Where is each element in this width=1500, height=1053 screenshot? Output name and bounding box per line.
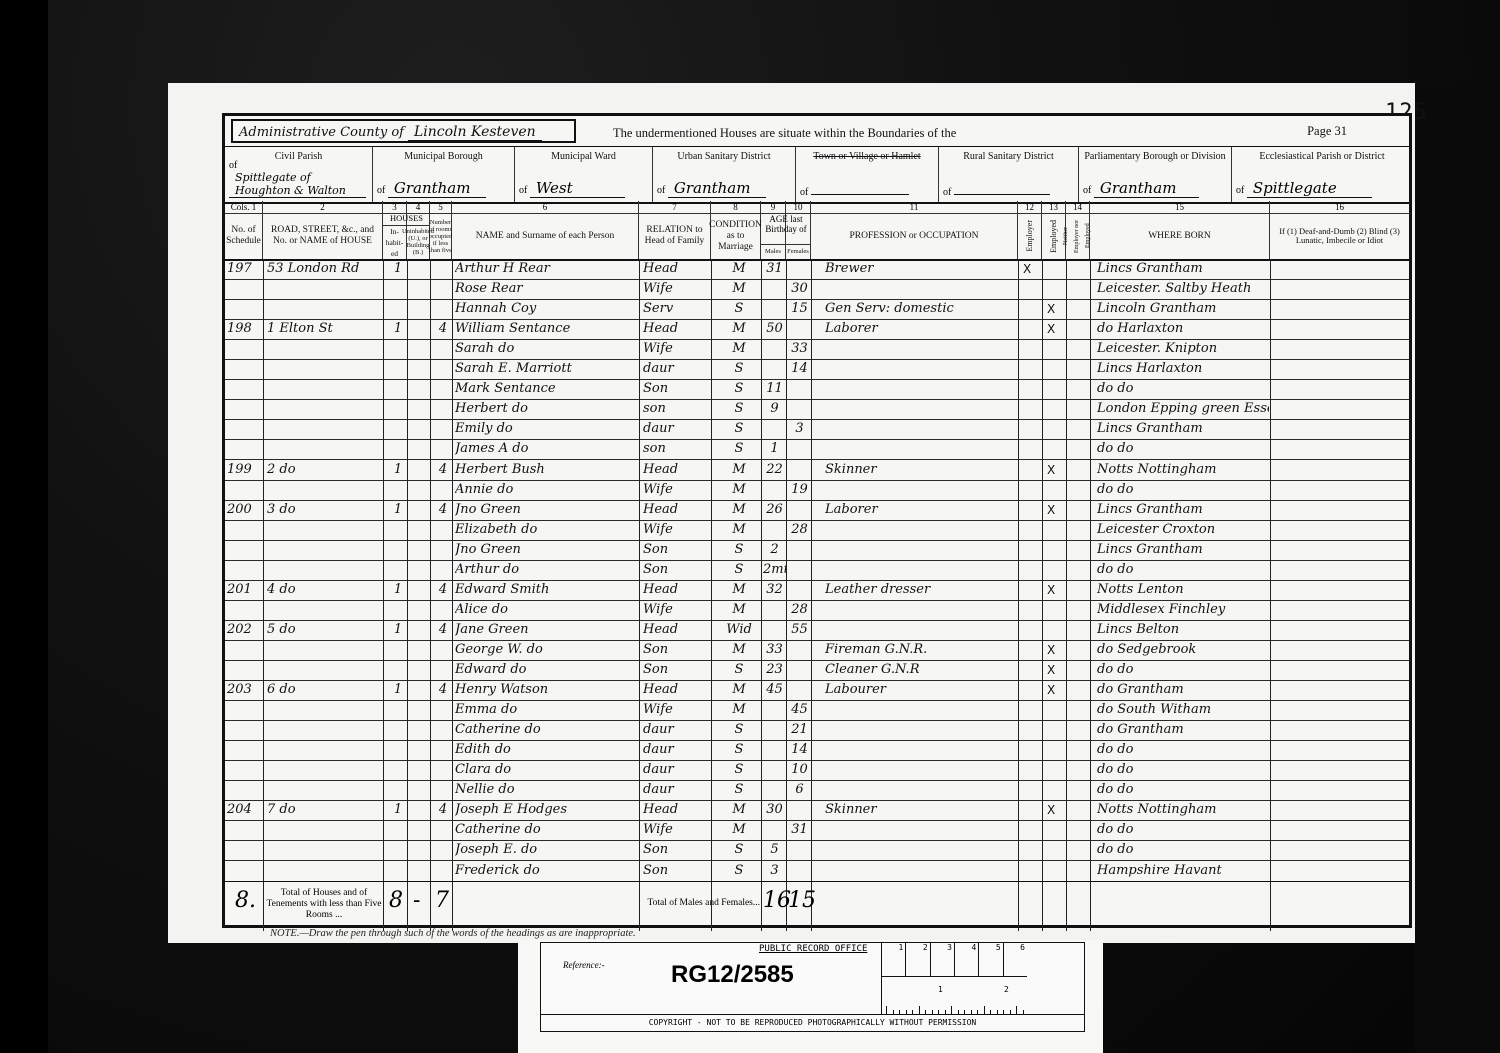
cell-schedule: 203: [227, 680, 263, 700]
cell-relation: Son: [643, 540, 709, 560]
cell-born: Notts Nottingham: [1097, 460, 1269, 480]
cell-female-age: 30: [788, 279, 811, 299]
cell-neither: [1071, 740, 1089, 760]
cell-condition: S: [719, 740, 759, 760]
cell-condition: S: [719, 861, 759, 881]
cell-employed: [1047, 560, 1065, 580]
table-row: George W. doSonM33Fireman G.N.R.Xdo Sedg…: [225, 640, 1409, 661]
cell-employer: [1023, 560, 1041, 580]
cell-employer: [1023, 760, 1041, 780]
cell-employed: [1047, 279, 1065, 299]
cell-female-age: [788, 861, 811, 881]
cell-employer: [1023, 399, 1041, 419]
cell-employer: [1023, 861, 1041, 881]
cell-relation: Head: [643, 460, 709, 480]
cell-condition: S: [719, 359, 759, 379]
cell-schedule: [227, 359, 263, 379]
cell-occupation: Skinner: [825, 460, 1015, 480]
cell-name: Edith do: [455, 740, 637, 760]
cell-address: 53 London Rd: [267, 259, 381, 279]
cell-male-age: 1: [763, 439, 786, 459]
cell-inhabited: [391, 520, 405, 540]
cell-address: [267, 480, 381, 500]
cell-name: Jane Green: [455, 620, 637, 640]
cell-female-age: [788, 540, 811, 560]
col-relation-header: 7RELATION to Head of Family: [639, 201, 711, 259]
cell-name: Elizabeth do: [455, 520, 637, 540]
cell-female-age: [788, 680, 811, 700]
cell-employer: [1023, 720, 1041, 740]
cell-employer: [1023, 439, 1041, 459]
cell-employer: [1023, 620, 1041, 640]
cell-employed: X: [1047, 500, 1065, 520]
cell-male-age: [763, 339, 786, 359]
cell-neither: [1071, 339, 1089, 359]
cell-employer: [1023, 540, 1041, 560]
district-town-village: Town or Village or Hamlet of: [796, 147, 939, 202]
cell-male-age: [763, 480, 786, 500]
cell-schedule: [227, 640, 263, 660]
cell-born: do Grantham: [1097, 680, 1269, 700]
cell-neither: [1071, 399, 1089, 419]
cell-employer: [1023, 740, 1041, 760]
table-row: Rose RearWifeM30Leicester. Saltby Heath: [225, 279, 1409, 300]
cell-male-age: [763, 359, 786, 379]
cell-schedule: [227, 560, 263, 580]
cell-name: Emma do: [455, 700, 637, 720]
cell-neither: [1071, 560, 1089, 580]
scan-edge-right: [1415, 83, 1500, 1053]
total-schedules: 8.: [235, 888, 256, 913]
cell-male-age: [763, 600, 786, 620]
cell-inhabited: [391, 359, 405, 379]
cell-address: [267, 520, 381, 540]
col-where-born-header: 15WHERE BORN: [1090, 201, 1270, 259]
cell-female-age: [788, 640, 811, 660]
cell-address: 7 do: [267, 800, 381, 820]
col-uninhabited-header: 4Uninhabited (U.), or Building (B.): [407, 201, 430, 259]
cell-inhabited: [391, 379, 405, 399]
cell-neither: [1071, 700, 1089, 720]
cell-female-age: 14: [788, 740, 811, 760]
cell-schedule: [227, 379, 263, 399]
cell-neither: [1071, 439, 1089, 459]
cell-male-age: 45: [763, 680, 786, 700]
cell-employer: [1023, 319, 1041, 339]
cell-address: [267, 399, 381, 419]
cell-female-age: 15: [788, 299, 811, 319]
cell-male-age: [763, 419, 786, 439]
scan-edge-left: [0, 0, 48, 1053]
cell-relation: Son: [643, 660, 709, 680]
cell-born: London Epping green Essex: [1097, 399, 1269, 419]
cell-employer: [1023, 820, 1041, 840]
cell-born: do do: [1097, 760, 1269, 780]
cell-rooms: [435, 780, 451, 800]
cell-rooms: [435, 419, 451, 439]
cell-occupation: [825, 740, 1015, 760]
cell-employer: [1023, 500, 1041, 520]
cell-neither: [1071, 480, 1089, 500]
cell-male-age: 33: [763, 640, 786, 660]
table-row: Elizabeth doWifeM28Leicester Croxton: [225, 520, 1409, 541]
cell-occupation: [825, 379, 1015, 399]
cell-rooms: [435, 760, 451, 780]
cell-female-age: 45: [788, 700, 811, 720]
cell-address: 3 do: [267, 500, 381, 520]
cell-name: Clara do: [455, 760, 637, 780]
cell-female-age: 10: [788, 760, 811, 780]
cell-employed: [1047, 720, 1065, 740]
table-row: Sarah E. MarriottdaurS14Lincs Harlaxton: [225, 359, 1409, 380]
cell-relation: Wife: [643, 820, 709, 840]
cell-occupation: [825, 720, 1015, 740]
cell-schedule: [227, 660, 263, 680]
cell-condition: S: [719, 379, 759, 399]
cell-employed: [1047, 379, 1065, 399]
cell-condition: M: [719, 800, 759, 820]
cell-schedule: 202: [227, 620, 263, 640]
cell-employer: [1023, 520, 1041, 540]
table-header: Cols. 1No. of Schedule 2ROAD, STREET, &c…: [225, 201, 1409, 261]
cell-rooms: [435, 560, 451, 580]
cell-condition: M: [719, 640, 759, 660]
cell-schedule: [227, 399, 263, 419]
total-rooms: 7: [435, 888, 449, 913]
cell-schedule: [227, 419, 263, 439]
cell-address: [267, 820, 381, 840]
cell-condition: S: [719, 760, 759, 780]
district-row: Civil Parish of Spittlegate of Houghton …: [225, 146, 1409, 204]
cell-address: [267, 279, 381, 299]
cell-name: Frederick do: [455, 861, 637, 881]
cell-inhabited: 1: [391, 319, 405, 339]
cell-relation: Head: [643, 319, 709, 339]
cell-born: do do: [1097, 780, 1269, 800]
cell-name: Arthur H Rear: [455, 259, 637, 279]
cell-employer: [1023, 800, 1041, 820]
cell-female-age: 33: [788, 339, 811, 359]
cell-female-age: 31: [788, 820, 811, 840]
district-parliamentary: Parliamentary Borough or Division of Gra…: [1079, 147, 1232, 202]
cell-schedule: 197: [227, 259, 263, 279]
cell-condition: S: [719, 780, 759, 800]
cell-born: Lincs Grantham: [1097, 259, 1269, 279]
cell-born: do do: [1097, 740, 1269, 760]
cell-occupation: [825, 700, 1015, 720]
cell-rooms: [435, 359, 451, 379]
cell-employer: [1023, 480, 1041, 500]
age-group-label: AGE last Birthday of: [761, 214, 811, 245]
archive-label: PUBLIC RECORD OFFICE Reference:- RG12/25…: [540, 942, 1085, 1032]
cell-rooms: [435, 540, 451, 560]
cell-name: Emily do: [455, 419, 637, 439]
cell-neither: [1071, 419, 1089, 439]
cell-name: Nellie do: [455, 780, 637, 800]
page-label: Page 31: [1307, 124, 1347, 139]
cell-address: [267, 439, 381, 459]
cell-address: [267, 560, 381, 580]
cell-name: William Sentance: [455, 319, 637, 339]
cell-name: Joseph E Hodges: [455, 800, 637, 820]
cell-relation: daur: [643, 359, 709, 379]
cell-employed: [1047, 820, 1065, 840]
boundaries-text: The undermentioned Houses are situate wi…: [613, 126, 956, 141]
cell-neither: [1071, 299, 1089, 319]
cell-inhabited: [391, 861, 405, 881]
cell-name: George W. do: [455, 640, 637, 660]
total-uninhabited: -: [413, 888, 420, 913]
cell-male-age: [763, 740, 786, 760]
cell-neither: [1071, 800, 1089, 820]
cell-inhabited: [391, 399, 405, 419]
table-row: 2025 do14Jane GreenHeadWid55Lincs Belton: [225, 620, 1409, 641]
cell-inhabited: [391, 840, 405, 860]
cell-occupation: [825, 600, 1015, 620]
cell-address: [267, 540, 381, 560]
cell-born: Lincs Belton: [1097, 620, 1269, 640]
cell-neither: [1071, 319, 1089, 339]
cell-born: Lincs Grantham: [1097, 540, 1269, 560]
col-infirmity-header: 16If (1) Deaf-and-Dumb (2) Blind (3) Lun…: [1270, 201, 1409, 259]
table-row: Clara dodaurS10do do: [225, 760, 1409, 781]
cell-employer: [1023, 419, 1041, 439]
cell-female-age: [788, 560, 811, 580]
cell-address: 4 do: [267, 580, 381, 600]
cell-rooms: 4: [435, 680, 451, 700]
reference-label: Reference:-: [563, 960, 605, 970]
cell-rooms: [435, 279, 451, 299]
table-row: James A dosonS1do do: [225, 439, 1409, 460]
cell-born: Lincs Grantham: [1097, 419, 1269, 439]
cell-rooms: 4: [435, 800, 451, 820]
cell-relation: Son: [643, 640, 709, 660]
cell-employed: [1047, 339, 1065, 359]
cell-condition: M: [719, 820, 759, 840]
cell-condition: S: [719, 399, 759, 419]
cell-condition: S: [719, 560, 759, 580]
cell-name: Sarah do: [455, 339, 637, 359]
cell-occupation: [825, 339, 1015, 359]
cell-occupation: [825, 279, 1015, 299]
cell-neither: [1071, 820, 1089, 840]
cell-rooms: [435, 299, 451, 319]
cell-born: Notts Lenton: [1097, 580, 1269, 600]
cell-employer: [1023, 640, 1041, 660]
table-row: Arthur doSonS2mthsdo do: [225, 560, 1409, 581]
total-inhabited: 8: [389, 888, 403, 913]
cell-female-age: 55: [788, 620, 811, 640]
cell-address: [267, 840, 381, 860]
cell-born: do Grantham: [1097, 720, 1269, 740]
cell-occupation: [825, 560, 1015, 580]
cell-rooms: 4: [435, 460, 451, 480]
cell-neither: [1071, 840, 1089, 860]
col-schedule-header: Cols. 1No. of Schedule: [225, 201, 263, 259]
cell-schedule: [227, 780, 263, 800]
cell-schedule: [227, 840, 263, 860]
cell-employed: [1047, 480, 1065, 500]
cell-neither: [1071, 660, 1089, 680]
cell-born: do do: [1097, 480, 1269, 500]
cell-male-age: [763, 760, 786, 780]
cell-schedule: [227, 299, 263, 319]
cell-rooms: [435, 640, 451, 660]
total-males: 16: [763, 888, 791, 913]
admin-county-label: Administrative County of: [239, 125, 404, 140]
cell-schedule: [227, 439, 263, 459]
col-rooms-header: 5Number of rooms occupied if less than f…: [430, 201, 452, 259]
cell-rooms: [435, 700, 451, 720]
cell-male-age: 5: [763, 840, 786, 860]
cell-employer: [1023, 780, 1041, 800]
cell-occupation: Laborer: [825, 319, 1015, 339]
cell-inhabited: [391, 820, 405, 840]
cell-male-age: [763, 279, 786, 299]
cell-address: [267, 720, 381, 740]
cell-relation: Son: [643, 840, 709, 860]
cell-name: Mark Sentance: [455, 379, 637, 399]
cell-relation: Head: [643, 800, 709, 820]
cell-male-age: 9: [763, 399, 786, 419]
cell-rooms: [435, 520, 451, 540]
col-employer-header: 12Employer: [1018, 201, 1042, 259]
cell-schedule: [227, 279, 263, 299]
cell-address: [267, 660, 381, 680]
cell-occupation: [825, 480, 1015, 500]
cell-condition: M: [719, 500, 759, 520]
cell-employer: [1023, 840, 1041, 860]
cell-male-age: [763, 820, 786, 840]
cell-rooms: [435, 379, 451, 399]
form-title-row: Administrative County ofLincoln Kesteven…: [225, 116, 1409, 146]
cell-relation: Head: [643, 259, 709, 279]
cell-rooms: [435, 600, 451, 620]
district-urban-sanitary: Urban Sanitary District of Grantham: [653, 147, 796, 202]
cell-name: Catherine do: [455, 820, 637, 840]
cell-relation: Wife: [643, 480, 709, 500]
cell-condition: M: [719, 259, 759, 279]
cell-relation: Head: [643, 680, 709, 700]
cell-inhabited: [391, 740, 405, 760]
cell-neither: [1071, 620, 1089, 640]
table-row: Alice doWifeM28Middlesex Finchley: [225, 600, 1409, 621]
table-row: Herbert dosonS9London Epping green Essex: [225, 399, 1409, 420]
cell-rooms: [435, 820, 451, 840]
cell-rooms: 4: [435, 500, 451, 520]
cell-address: [267, 760, 381, 780]
cell-address: 6 do: [267, 680, 381, 700]
district-civil-parish: Civil Parish of Spittlegate of Houghton …: [225, 147, 373, 202]
cell-occupation: Skinner: [825, 800, 1015, 820]
cell-female-age: [788, 580, 811, 600]
col-address-header: 2ROAD, STREET, &c., and No. or NAME of H…: [263, 201, 383, 259]
cell-employer: [1023, 359, 1041, 379]
cell-condition: M: [719, 520, 759, 540]
cell-rooms: 4: [435, 580, 451, 600]
cell-employed: [1047, 520, 1065, 540]
cell-male-age: 2: [763, 540, 786, 560]
cell-born: do do: [1097, 379, 1269, 399]
cell-occupation: Labourer: [825, 680, 1015, 700]
cell-born: Leicester. Knipton: [1097, 339, 1269, 359]
table-row: Catherine dodaurS21do Grantham: [225, 720, 1409, 741]
cell-employed: X: [1047, 319, 1065, 339]
cell-relation: Son: [643, 861, 709, 881]
table-row: Joseph E. doSonS5do do: [225, 840, 1409, 861]
cell-employed: [1047, 700, 1065, 720]
cell-neither: [1071, 460, 1089, 480]
cell-employer: [1023, 460, 1041, 480]
cell-schedule: [227, 700, 263, 720]
cell-condition: M: [719, 339, 759, 359]
cell-rooms: 4: [435, 319, 451, 339]
cell-condition: M: [719, 580, 759, 600]
cell-relation: Head: [643, 580, 709, 600]
cell-schedule: [227, 760, 263, 780]
cell-occupation: [825, 840, 1015, 860]
cell-employed: [1047, 600, 1065, 620]
cell-condition: S: [719, 419, 759, 439]
houses-group-label: HOUSES: [383, 213, 430, 226]
cell-condition: M: [719, 279, 759, 299]
cell-neither: [1071, 379, 1089, 399]
cell-female-age: [788, 800, 811, 820]
table-row: Emily dodaurS3Lincs Grantham: [225, 419, 1409, 440]
cell-inhabited: [391, 600, 405, 620]
cell-male-age: [763, 520, 786, 540]
table-row: Edith dodaurS14do do: [225, 740, 1409, 761]
cell-male-age: 26: [763, 500, 786, 520]
cell-male-age: 50: [763, 319, 786, 339]
cell-employer: [1023, 680, 1041, 700]
table-row: 2003 do14Jno GreenHeadM26LaborerXLincs G…: [225, 500, 1409, 521]
cell-female-age: 28: [788, 600, 811, 620]
cell-relation: Son: [643, 560, 709, 580]
archive-office: PUBLIC RECORD OFFICE: [759, 944, 867, 954]
cell-schedule: 201: [227, 580, 263, 600]
cell-neither: [1071, 600, 1089, 620]
cell-rooms: 4: [435, 620, 451, 640]
cell-employer: [1023, 379, 1041, 399]
cell-condition: M: [719, 680, 759, 700]
cell-employed: X: [1047, 460, 1065, 480]
cell-occupation: Brewer: [825, 259, 1015, 279]
cell-male-age: 31: [763, 259, 786, 279]
cell-employer: X: [1023, 259, 1041, 279]
cell-rooms: [435, 339, 451, 359]
district-rural-sanitary: Rural Sanitary District of: [939, 147, 1079, 202]
cell-employed: X: [1047, 299, 1065, 319]
cell-neither: [1071, 760, 1089, 780]
cell-neither: [1071, 640, 1089, 660]
cell-born: do South Witham: [1097, 700, 1269, 720]
cell-occupation: Gen Serv: domestic: [825, 299, 1015, 319]
admin-county-value: Lincoln Kesteven: [408, 124, 542, 141]
cell-born: do do: [1097, 660, 1269, 680]
cell-female-age: [788, 399, 811, 419]
cell-occupation: Leather dresser: [825, 580, 1015, 600]
cell-inhabited: [391, 660, 405, 680]
cell-born: Leicester Croxton: [1097, 520, 1269, 540]
cell-rooms: [435, 259, 451, 279]
cell-address: [267, 780, 381, 800]
cell-relation: Wife: [643, 520, 709, 540]
cell-schedule: 200: [227, 500, 263, 520]
cell-employed: [1047, 399, 1065, 419]
cell-born: do do: [1097, 439, 1269, 459]
cell-name: Rose Rear: [455, 279, 637, 299]
